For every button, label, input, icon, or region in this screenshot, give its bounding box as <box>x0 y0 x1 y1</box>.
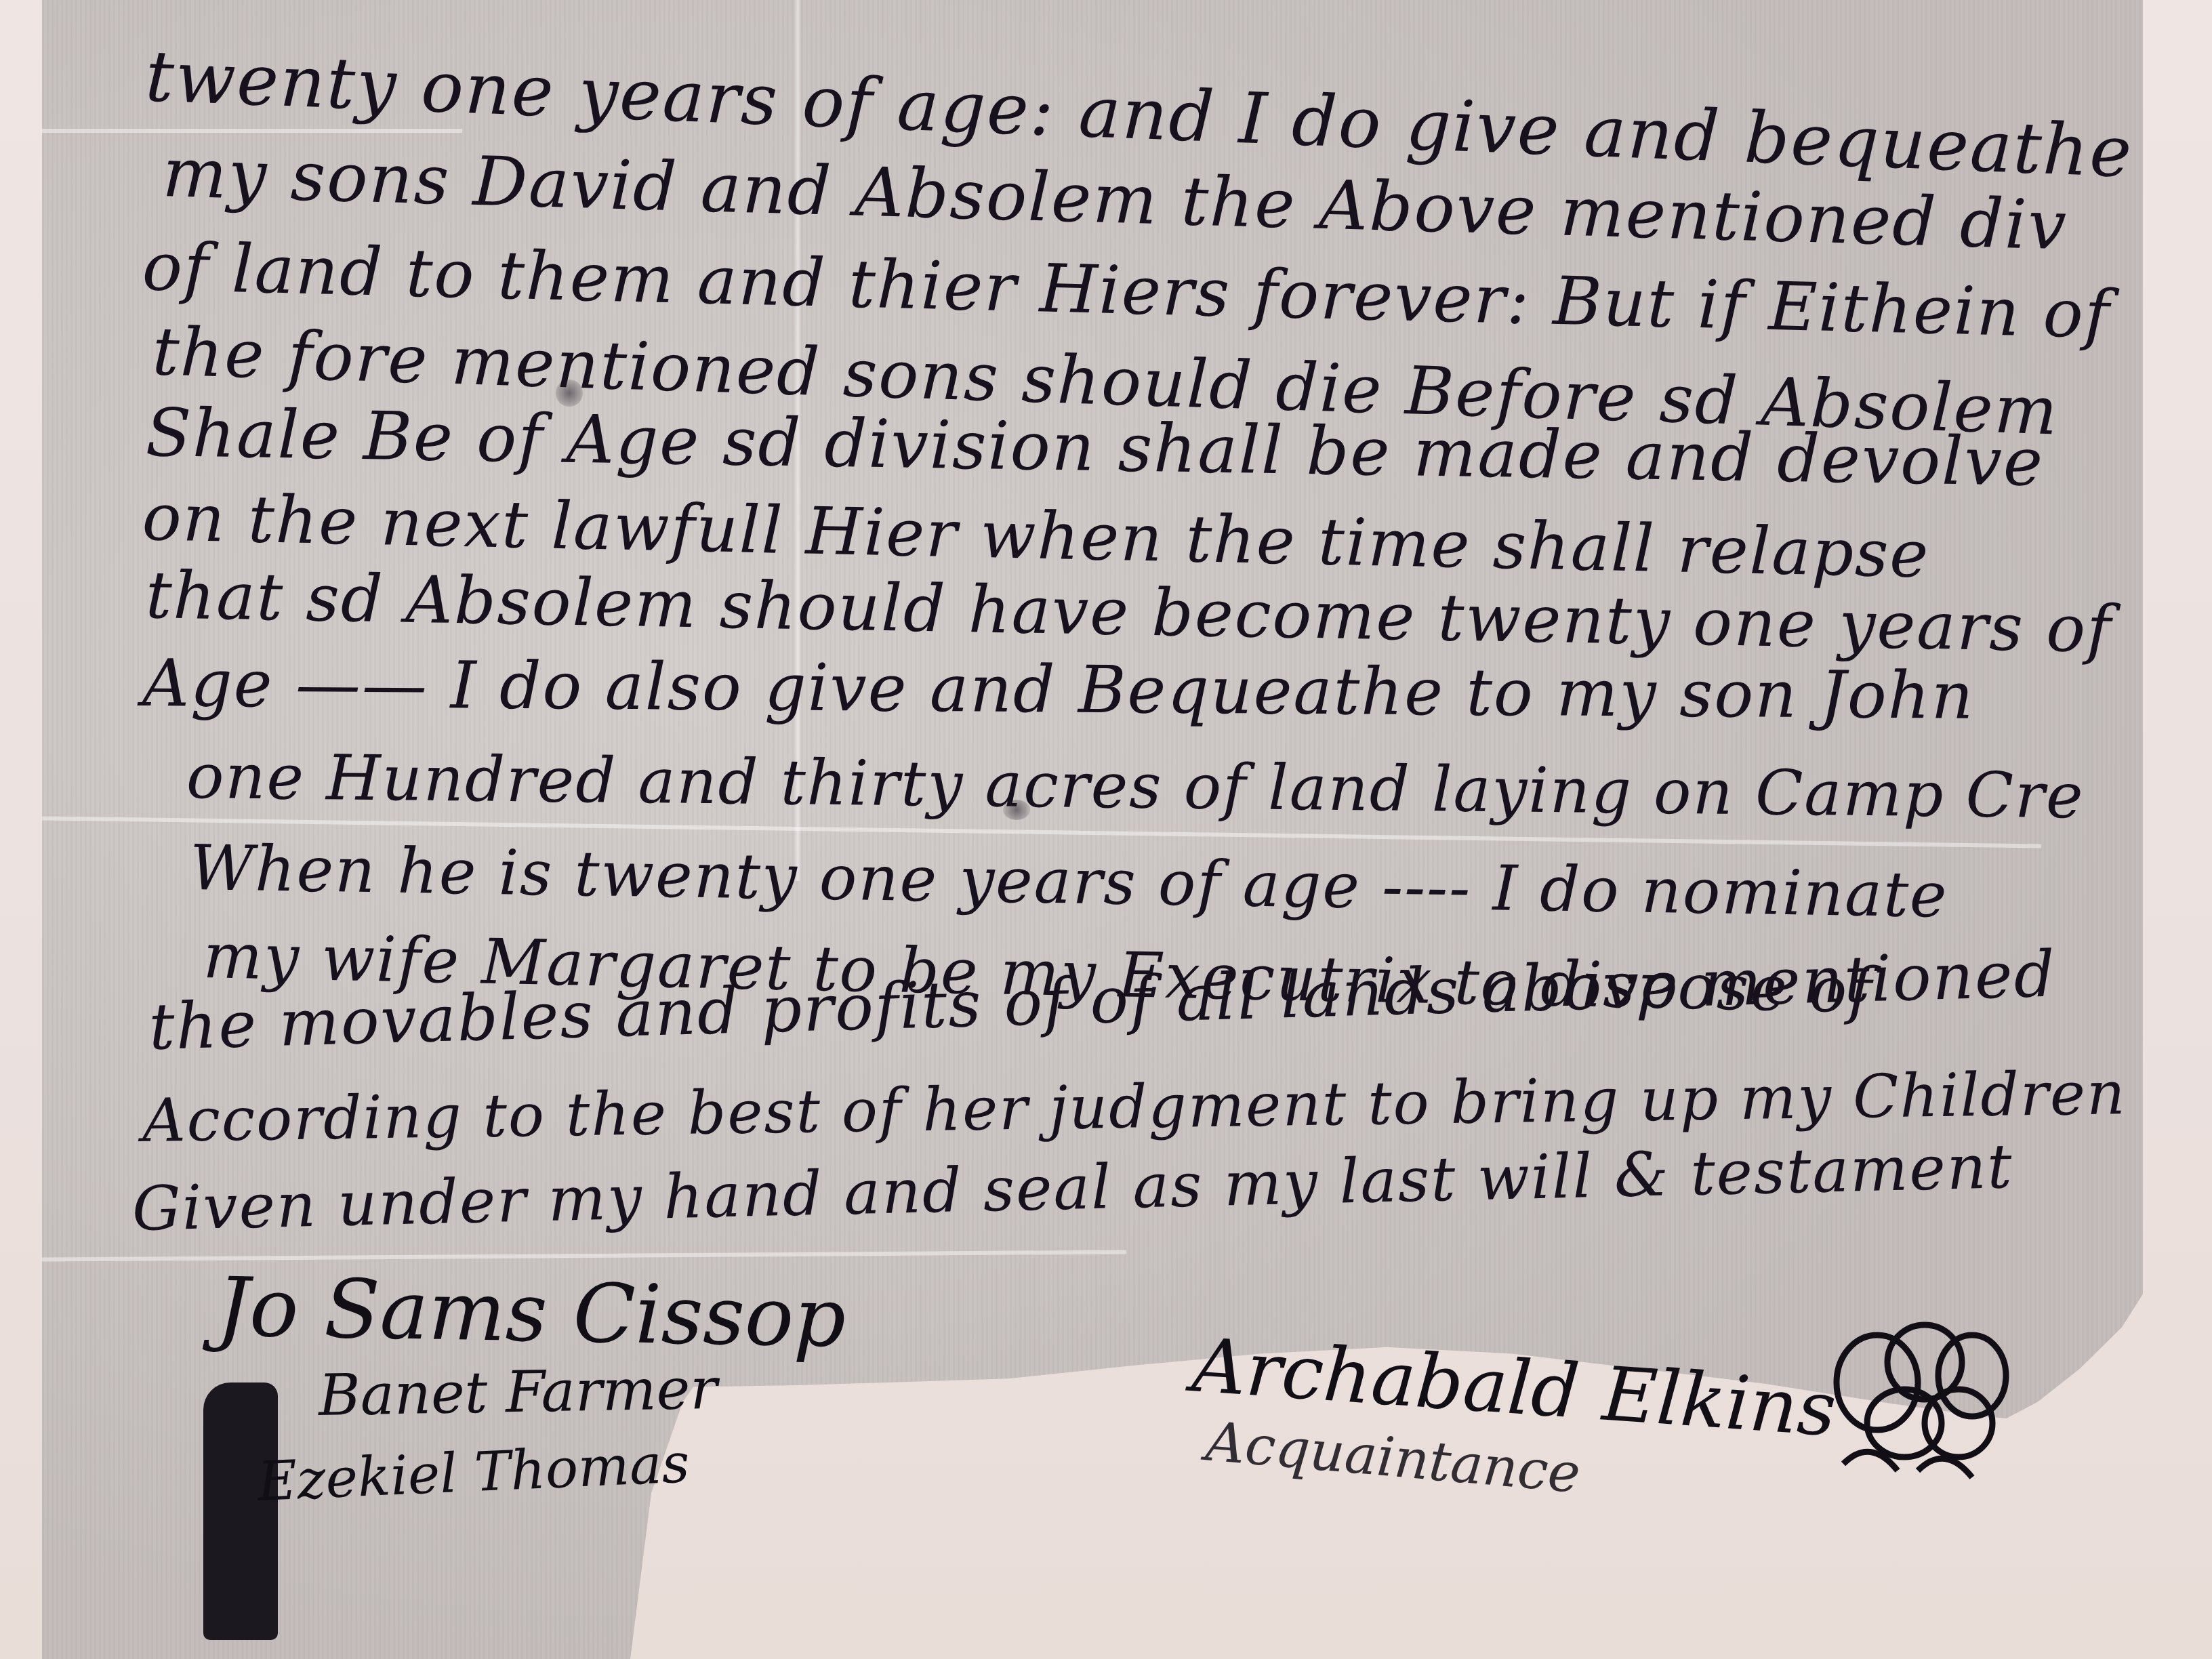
will-line-8: Age —— I do also give and Bequeathe to m… <box>142 651 1975 729</box>
witness-signature-jurat: Jo Sams Cissop <box>216 1261 846 1366</box>
ink-blot <box>556 380 583 407</box>
witness-signature-2: Banet Farmer <box>318 1355 718 1429</box>
ink-blot <box>1003 800 1030 820</box>
will-line-9: one Hundred and thirty acres of land lay… <box>186 745 2085 827</box>
fold-crease <box>42 1250 1126 1261</box>
fold-crease <box>42 129 462 133</box>
seal-mark-icon <box>1803 1308 2047 1484</box>
